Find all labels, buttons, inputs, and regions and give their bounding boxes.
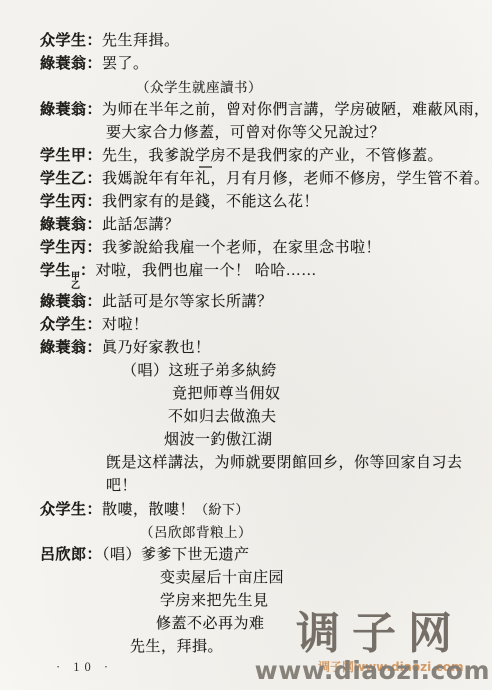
speaker-colon: ： [87,240,103,256]
verse-text: （唱）这班子弟多紈絝 [122,363,277,379]
script-line: 綠蓑翁：为师在半年之前，曾对你們言講，学房破陋，难蔽风雨， [0,99,492,122]
script-line: 学生丙：我爹說給我雇一个老师，在家里念书啦！ [0,237,492,260]
verse-text: 变卖屋后十亩庄园 [160,570,284,586]
page-number: · 10 · [56,660,113,675]
watermark-title: 调子网 [255,611,492,657]
script-line: （唱）这班子弟多紈絝 [0,360,492,383]
speaker-name: 学生丙 [40,194,87,210]
dialogue-text: 散嘍，散嘍！ [102,502,195,518]
speaker-name: 学生 [40,263,71,279]
script-line: 要大家合力修蓋，可曾对你等父兄說过？ [0,122,492,145]
speaker-name: 学生乙 [40,171,87,187]
speaker-name: 綠蓑翁 [40,102,87,118]
script-line: 綠蓑翁：此話怎講？ [0,214,492,237]
script-line: 学生乙：我媽說年有年礼，月有月修，老师不修房，学生管不着。 [0,168,492,191]
dialogue-text: 我爹說給我雇一个老师，在家里念书啦！ [102,240,381,256]
speaker-name: 綠蓑翁 [40,294,87,310]
script-line: 綠蓑翁：罢了。 [0,53,492,76]
cont-text: 先生，拜揖。 [130,639,223,655]
script-line: 学生甲乙：对啦，我們也雇一个！ 哈哈…… [0,260,492,283]
speaker-colon: ： [87,56,103,72]
script-line: 众学生：对啦！ [0,314,492,337]
dialogue-text: 此話可是尔等家长所講？ [102,294,273,310]
speaker-name: 綠蓑翁 [40,56,87,72]
dialogue-text: 我媽說年有年礼，月有月修，老师不修房，学生管不着。 [102,171,490,187]
scan-artifact-smudge [152,346,158,351]
speaker-colon: ： [87,102,103,118]
stacked-speaker-char: 乙 [71,281,80,290]
speaker-colon: ： [87,547,103,563]
dialogue-text: 对啦！ [102,317,149,333]
stage-note-inline: （紛下） [195,502,249,517]
cont-text: 吧！ [106,478,137,494]
scan-artifact-dash [104,266,111,268]
dialogue-text: 此話怎講？ [102,217,180,233]
stage-text: （众学生就座讀书） [136,80,262,95]
script-line: 烟波一釣傲江湖 [0,429,492,452]
script-line: 綠蓑翁：眞乃好家教也！ [0,337,492,360]
script-line: 众学生：先生拜揖。 [0,30,492,53]
speaker-colon: ： [87,171,103,187]
script-line: （呂欣郎背粮上） [0,521,492,544]
speaker-name: 众学生 [40,317,87,333]
script-page: 众学生：先生拜揖。綠蓑翁：罢了。（众学生就座讀书）綠蓑翁：为师在半年之前，曾对你… [0,0,492,690]
dialogue-text: 先生拜揖。 [102,33,180,49]
script-line: 众学生：散嘍，散嘍！（紛下） [0,498,492,521]
speaker-colon: ： [87,317,103,333]
speaker-name: 众学生 [40,33,87,49]
speaker-name: 学生丙 [40,240,87,256]
stage-text: （呂欣郎背粮上） [140,525,252,540]
script-line: 变卖屋后十亩庄园 [0,567,492,590]
dialogue-text: 为师在半年之前，曾对你們言講，学房破陋，难蔽风雨， [102,102,490,118]
speaker-colon: ： [80,263,96,279]
script-line: 旣是这样講法，为师就要閉館回乡，你等回家自习去 [0,452,492,475]
speaker-colon: ： [87,33,103,49]
script-line: 不如归去做漁夫 [0,406,492,429]
dialogue-text: 我們家有的是錢，不能这么花！ [102,194,319,210]
verse-text: 不如归去做漁夫 [168,409,277,425]
speaker-colon: ： [87,340,103,356]
script-line: 呂欣郎：（唱）爹爹下世无遗产 [0,544,492,567]
cont-text: 要大家合力修蓋，可曾对你等父兄說过？ [106,125,385,141]
script-body: 众学生：先生拜揖。綠蓑翁：罢了。（众学生就座讀书）綠蓑翁：为师在半年之前，曾对你… [0,30,492,659]
dialogue-text: 罢了。 [102,56,149,72]
script-line: 綠蓑翁：此話可是尔等家长所講？ [0,291,492,314]
cont-text: 旣是这样講法，为师就要閉館回乡，你等回家自习去 [106,455,463,471]
speaker-colon: ： [87,217,103,233]
script-line: 吧！ [0,475,492,498]
verse-text: 烟波一釣傲江湖 [164,432,273,448]
speaker-name: 学生甲 [40,148,87,164]
watermark: 调子网www.diaozi.com 调子网 www.diaozi.com [255,611,492,684]
speaker-name: 众学生 [40,502,87,518]
stacked-speaker-suffix: 甲乙 [71,272,80,290]
dialogue-text: （唱）爹爹下世无遗产 [102,547,250,563]
watermark-url: www.diaozi.com [255,657,492,684]
speaker-name: 綠蓑翁 [40,340,87,356]
speaker-colon: ： [87,148,103,164]
speaker-colon: ： [87,194,103,210]
dialogue-text: 先生，我爹說学房不是我們家的产业，不管修蓋。 [102,148,443,164]
verse-text: 学房来把先生見 [160,593,269,609]
speaker-name: 呂欣郎 [40,547,87,563]
speaker-colon: ： [87,294,103,310]
script-line: 学生丙：我們家有的是錢，不能这么花！ [0,191,492,214]
script-line: 学生甲：先生，我爹說学房不是我們家的产业，不管修蓋。 [0,145,492,168]
speaker-colon: ： [87,502,103,518]
dialogue-text: 对啦，我們也雇一个！ 哈哈…… [96,263,317,279]
scan-artifact-overline [199,166,212,168]
script-line: 竟把师尊当佣奴 [0,383,492,406]
speaker-name: 綠蓑翁 [40,217,87,233]
verse-text: 竟把师尊当佣奴 [172,386,281,402]
script-line: （众学生就座讀书） [0,76,492,99]
verse-text: 修蓋不必再为难 [156,616,265,632]
